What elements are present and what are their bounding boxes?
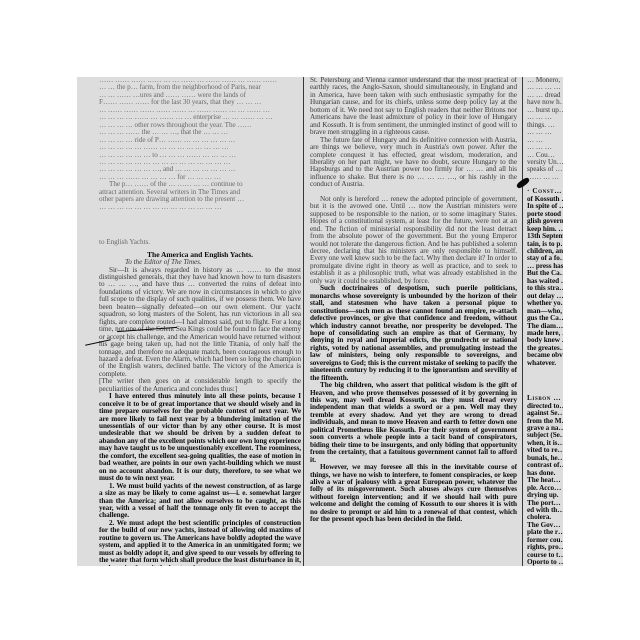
text-paragraph: 1. We must build yachts of the newest co… — [99, 483, 301, 520]
text-paragraph: [The writer then goes on at considerable… — [99, 378, 301, 393]
text-paragraph: Not only is hereford … renew the adopted… — [310, 196, 517, 285]
text-paragraph: Such doctrinaires of despotism, such pue… — [310, 285, 517, 382]
text-paragraph: The big children, who assert that politi… — [310, 382, 517, 464]
text-paragraph: …… … … — [527, 174, 563, 181]
column-middle: St. Petersburg and Vienna cannot underst… — [310, 77, 517, 566]
text-paragraph: 2. We must adopt the best scientific pri… — [99, 520, 301, 566]
text-paragraph: Oporto to … — [527, 559, 563, 566]
text-paragraph: … … … … … … … … … … … … … … — [99, 204, 301, 211]
text-paragraph — [527, 367, 563, 395]
text-paragraph — [99, 211, 301, 239]
text-paragraph: The future fate of Hungary and its defin… — [310, 137, 517, 189]
text-paragraph: Sir—It is always regarded in history as … — [99, 267, 301, 379]
column-rule — [522, 77, 523, 566]
column-right: … Monero,… … … …… … dreadhave now h…… bu… — [527, 77, 563, 566]
column-left: …… …… …… …… … … …… … …… …… … …… ……… … th… — [99, 77, 301, 566]
text-paragraph: to English Yachts. — [99, 239, 301, 246]
column-rule — [303, 77, 304, 566]
article-headline: The America and English Yachts. — [99, 251, 301, 258]
text-paragraph: St. Petersburg and Vienna cannot underst… — [310, 77, 517, 137]
text-paragraph: However, we may foresee all this in the … — [310, 464, 517, 524]
newspaper-page: …… …… …… …… … … …… … …… …… … …… ……… … th… — [77, 77, 563, 566]
text-paragraph: I have entered thus minutely into all th… — [99, 393, 301, 482]
text-paragraph: whatever. — [527, 360, 563, 367]
